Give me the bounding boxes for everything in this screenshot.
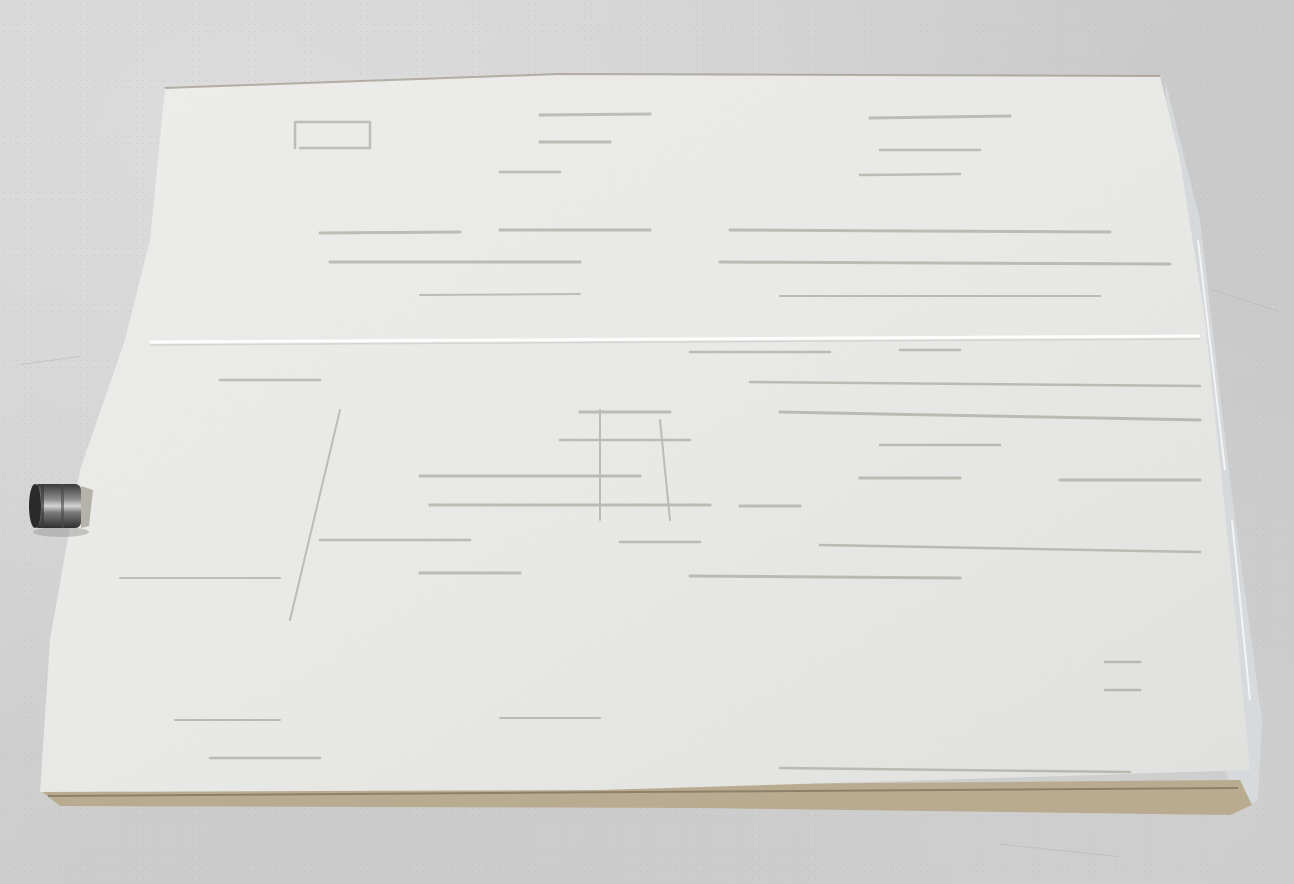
insulation-panel — [0, 0, 1294, 884]
metal-fitting — [27, 476, 95, 538]
